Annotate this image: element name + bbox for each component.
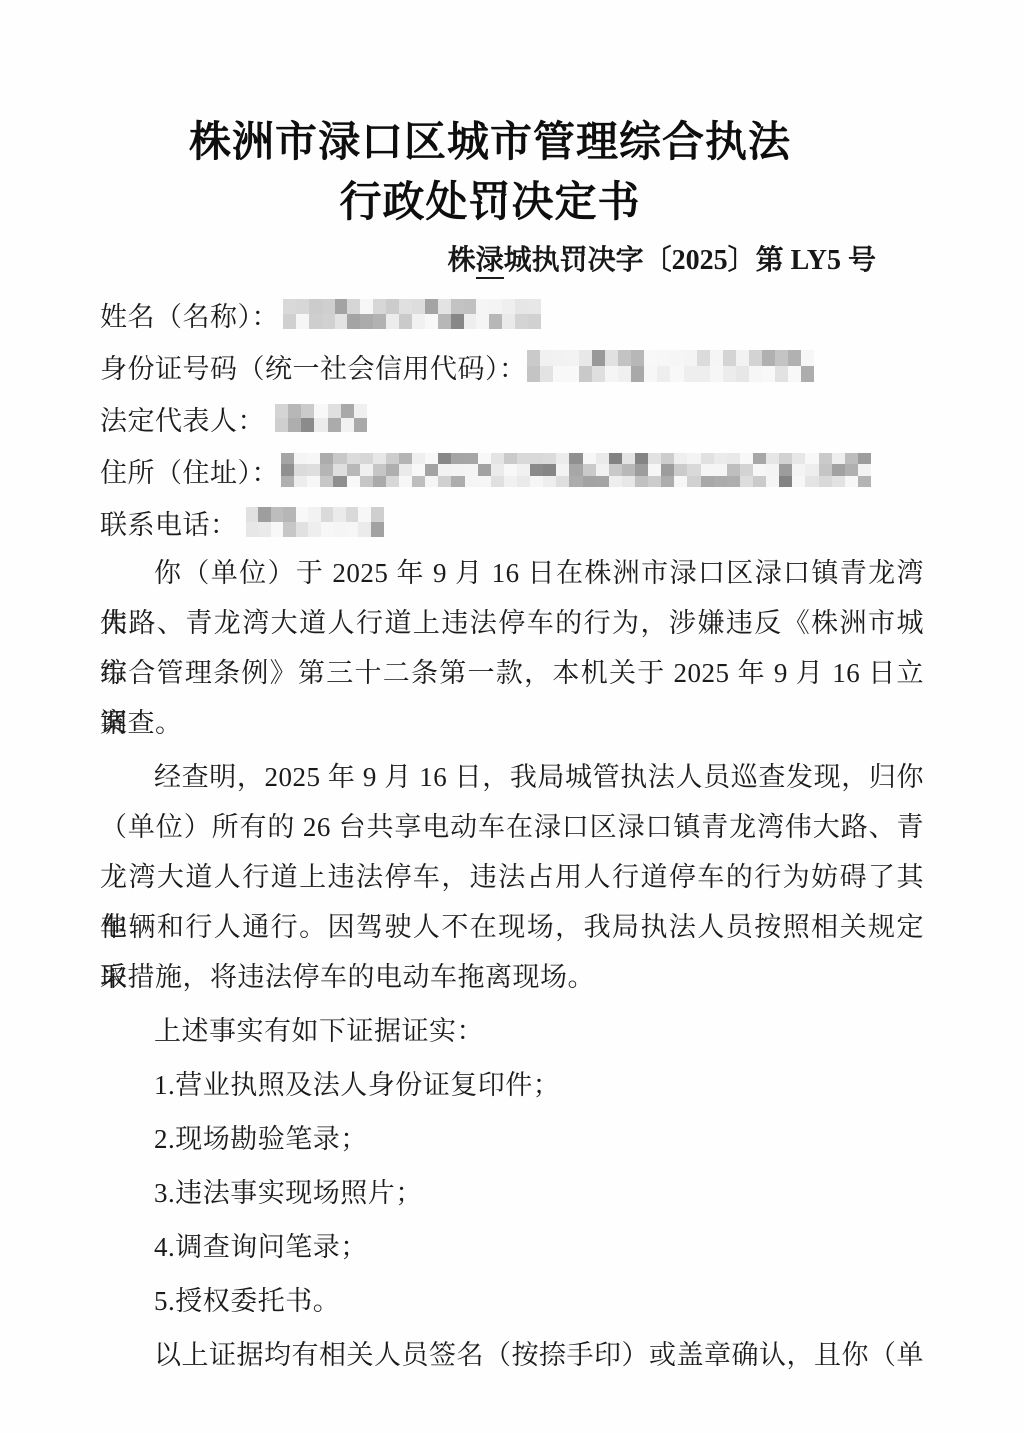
redaction-cell: [373, 464, 386, 475]
redaction-cell: [296, 299, 309, 314]
redaction-cell: [618, 350, 631, 366]
redaction-cell: [687, 476, 700, 487]
redaction-cell: [622, 476, 635, 487]
body-line: 综合管理条例》第三十二条第一款，本机关于 2025 年 9 月 16 日立案: [100, 648, 924, 698]
redaction-cell: [556, 464, 569, 475]
redaction-cell: [478, 476, 491, 487]
redaction-cell: [465, 464, 478, 475]
redaction-cell: [556, 476, 569, 487]
redaction-cell: [451, 476, 464, 487]
redaction-cell: [674, 464, 687, 475]
redaction-cell: [609, 476, 622, 487]
paragraph: 3.违法事实现场照片；: [100, 1168, 924, 1218]
body-line: 龙湾大道人行道上违法停车，违法占用人行道停车的行为妨碍了其他: [100, 852, 924, 902]
redaction-cell: [701, 453, 714, 464]
doc-number-prefix: 株: [448, 245, 476, 276]
redaction-cell: [805, 453, 818, 464]
redaction-cell: [766, 476, 779, 487]
body-line: 2.现场勘验笔录；: [100, 1114, 924, 1164]
body-line: 大路、青龙湾大道人行道上违法停车的行为，涉嫌违反《株洲市城市: [100, 598, 924, 648]
redaction-cell: [271, 522, 284, 537]
redaction-cell: [308, 522, 321, 537]
redaction-cell: [648, 464, 661, 475]
redaction-cell: [309, 314, 322, 329]
redaction-cell: [566, 350, 579, 366]
redaction-cell: [360, 453, 373, 464]
redaction-cell: [320, 464, 333, 475]
redacted-value-mosaic: [281, 453, 871, 487]
redaction-cell: [425, 464, 438, 475]
redaction-cell: [540, 350, 553, 366]
redaction-cell: [766, 453, 779, 464]
redaction-cell: [832, 476, 845, 487]
redaction-cell: [373, 476, 386, 487]
redaction-cell: [476, 299, 489, 314]
body-line: 取措施，将违法停车的电动车拖离现场。: [100, 952, 924, 1002]
redaction-cell: [687, 464, 700, 475]
redaction-cell: [740, 464, 753, 475]
redaction-cell: [281, 453, 294, 464]
redaction-cell: [333, 476, 346, 487]
redaction-cell: [596, 476, 609, 487]
redaction-cell: [592, 350, 605, 366]
redaction-cell: [283, 507, 296, 522]
redaction-cell: [438, 464, 451, 475]
redaction-cell: [283, 522, 296, 537]
redaction-cell: [736, 366, 749, 382]
redaction-cell: [583, 453, 596, 464]
redaction-cell: [569, 476, 582, 487]
doc-number-underlined-char: 渌: [476, 245, 504, 279]
field-label: 身份证号码（统一社会信用代码）：: [100, 347, 527, 386]
redacted-value-mosaic: [527, 350, 815, 382]
redaction-cell: [360, 314, 373, 329]
document-title: 株洲市渌口区城市管理综合执法 行政处罚决定书: [0, 112, 1002, 232]
redaction-cell: [697, 366, 710, 382]
redaction-cell: [491, 464, 504, 475]
redaction-cell: [294, 464, 307, 475]
redaction-cell: [296, 522, 309, 537]
redaction-cell: [425, 314, 438, 329]
redaction-cell: [425, 299, 438, 314]
redaction-cell: [502, 314, 515, 329]
redaction-cell: [684, 350, 697, 366]
redaction-cell: [515, 299, 528, 314]
redaction-cell: [307, 464, 320, 475]
redaction-cell: [553, 366, 566, 382]
redaction-cell: [749, 350, 762, 366]
redaction-cell: [605, 366, 618, 382]
paragraph: 4.调查询问笔录；: [100, 1222, 924, 1272]
redaction-cell: [553, 350, 566, 366]
redaction-cell: [333, 507, 346, 522]
redaction-cell: [335, 299, 348, 314]
redaction-cell: [674, 476, 687, 487]
redaction-cell: [805, 476, 818, 487]
redaction-cell: [579, 366, 592, 382]
redaction-cell: [321, 507, 334, 522]
field-row: 联系电话：: [100, 496, 1024, 548]
redaction-cell: [320, 476, 333, 487]
redaction-cell: [399, 299, 412, 314]
redacted-value-mosaic: [283, 299, 541, 329]
paragraph: 2.现场勘验笔录；: [100, 1114, 924, 1164]
redaction-cell: [451, 453, 464, 464]
field-row: 身份证号码（统一社会信用代码）：: [100, 340, 1024, 392]
redaction-cell: [288, 404, 301, 418]
redaction-cell: [762, 350, 775, 366]
redaction-cell: [819, 476, 832, 487]
redaction-cell: [373, 453, 386, 464]
redaction-cell: [438, 314, 451, 329]
redaction-cell: [727, 453, 740, 464]
redaction-cell: [412, 453, 425, 464]
redaction-cell: [556, 453, 569, 464]
doc-number: 株渌城执罚决字〔2025〕第 LY5 号: [0, 244, 1024, 278]
redaction-cell: [517, 464, 530, 475]
body-line: 1.营业执照及法人身份证复印件；: [100, 1060, 924, 1110]
redaction-cell: [451, 299, 464, 314]
field-row: 法定代表人：: [100, 392, 1024, 444]
redaction-cell: [530, 453, 543, 464]
redaction-cell: [451, 314, 464, 329]
redaction-cell: [371, 507, 384, 522]
redaction-cell: [328, 404, 341, 418]
redaction-cell: [569, 464, 582, 475]
redaction-cell: [294, 453, 307, 464]
redaction-cell: [631, 366, 644, 382]
body-line: 你（单位）于 2025 年 9 月 16 日在株洲市渌口区渌口镇青龙湾伟: [100, 548, 924, 598]
redaction-cell: [832, 464, 845, 475]
redaction-cell: [341, 418, 354, 432]
body-line: 5.授权委托书。: [100, 1276, 924, 1326]
redaction-cell: [309, 299, 322, 314]
field-label: 法定代表人：: [100, 399, 265, 438]
redaction-cell: [792, 453, 805, 464]
redaction-cell: [489, 299, 502, 314]
redaction-cell: [697, 350, 710, 366]
redaction-cell: [476, 314, 489, 329]
redaction-cell: [596, 453, 609, 464]
redaction-cell: [258, 507, 271, 522]
party-info-fields: 姓名（名称）：身份证号码（统一社会信用代码）：法定代表人：住所（住址）：联系电话…: [100, 288, 1024, 548]
redaction-cell: [307, 453, 320, 464]
redaction-cell: [347, 464, 360, 475]
paragraph: 经查明，2025 年 9 月 16 日，我局城管执法人员巡查发现，归你（单位）所…: [100, 752, 924, 1002]
redaction-cell: [333, 453, 346, 464]
redaction-cell: [657, 350, 670, 366]
title-line-2: 行政处罚决定书: [0, 172, 1002, 232]
field-row: 住所（住址）：: [100, 444, 1024, 496]
redaction-cell: [670, 366, 683, 382]
redaction-cell: [438, 453, 451, 464]
redaction-cell: [805, 464, 818, 475]
paragraph: 你（单位）于 2025 年 9 月 16 日在株洲市渌口区渌口镇青龙湾伟大路、青…: [100, 548, 924, 748]
redaction-cell: [502, 299, 515, 314]
redaction-cell: [543, 453, 556, 464]
redaction-cell: [609, 453, 622, 464]
redaction-cell: [360, 299, 373, 314]
paragraph: 1.营业执照及法人身份证复印件；: [100, 1060, 924, 1110]
redaction-cell: [412, 299, 425, 314]
redaction-cell: [723, 366, 736, 382]
redaction-cell: [320, 453, 333, 464]
redaction-cell: [753, 476, 766, 487]
redaction-cell: [412, 314, 425, 329]
field-label: 联系电话：: [100, 503, 238, 542]
redaction-cell: [347, 453, 360, 464]
redaction-cell: [779, 464, 792, 475]
redaction-cell: [622, 453, 635, 464]
redaction-cell: [246, 522, 259, 537]
redaction-cell: [271, 507, 284, 522]
redaction-cell: [386, 476, 399, 487]
redaction-cell: [543, 464, 556, 475]
paragraph: 上述事实有如下证据证实：: [100, 1006, 924, 1056]
redaction-cell: [801, 350, 814, 366]
body-line: 车辆和行人通行。因驾驶人不在现场，我局执法人员按照相关规定采: [100, 902, 924, 952]
redaction-cell: [358, 522, 371, 537]
doc-number-suffix: 城执罚决字〔2025〕第 LY5 号: [504, 245, 876, 276]
redaction-cell: [373, 314, 386, 329]
redaction-cell: [592, 366, 605, 382]
redaction-cell: [281, 464, 294, 475]
redaction-cell: [386, 453, 399, 464]
redaction-cell: [246, 507, 259, 522]
redaction-cell: [358, 507, 371, 522]
redaction-cell: [648, 476, 661, 487]
redaction-cell: [515, 314, 528, 329]
redaction-cell: [714, 464, 727, 475]
redaction-cell: [543, 476, 556, 487]
body-line: 以上证据均有相关人员签名（按捺手印）或盖章确认，且你（单: [100, 1330, 924, 1380]
redaction-cell: [569, 453, 582, 464]
redaction-cell: [644, 366, 657, 382]
redaction-cell: [635, 453, 648, 464]
redaction-cell: [674, 453, 687, 464]
redaction-cell: [740, 476, 753, 487]
redaction-cell: [517, 453, 530, 464]
redaction-cell: [346, 507, 359, 522]
redaction-cell: [491, 453, 504, 464]
redaction-cell: [635, 464, 648, 475]
redaction-cell: [766, 464, 779, 475]
redaction-cell: [579, 350, 592, 366]
redaction-cell: [779, 476, 792, 487]
redaction-cell: [322, 299, 335, 314]
field-label: 住所（住址）：: [100, 451, 279, 490]
redaction-cell: [354, 404, 367, 418]
paragraph: 5.授权委托书。: [100, 1276, 924, 1326]
redaction-cell: [296, 314, 309, 329]
redaction-cell: [540, 366, 553, 382]
redaction-cell: [701, 464, 714, 475]
redaction-cell: [341, 404, 354, 418]
redaction-cell: [371, 522, 384, 537]
redaction-cell: [775, 350, 788, 366]
redaction-cell: [328, 418, 341, 432]
redaction-cell: [845, 476, 858, 487]
redaction-cell: [373, 299, 386, 314]
redaction-cell: [308, 507, 321, 522]
redaction-cell: [354, 418, 367, 432]
redaction-cell: [661, 453, 674, 464]
field-row: 姓名（名称）：: [100, 288, 1024, 340]
redaction-cell: [399, 314, 412, 329]
redaction-cell: [504, 453, 517, 464]
redaction-cell: [347, 299, 360, 314]
redaction-cell: [347, 314, 360, 329]
document-body: 你（单位）于 2025 年 9 月 16 日在株洲市渌口区渌口镇青龙湾伟大路、青…: [100, 548, 924, 1380]
body-line: 4.调查询问笔录；: [100, 1222, 924, 1272]
redaction-cell: [775, 366, 788, 382]
redaction-cell: [753, 464, 766, 475]
redaction-cell: [832, 453, 845, 464]
redaction-cell: [583, 464, 596, 475]
redaction-cell: [845, 453, 858, 464]
redaction-cell: [727, 464, 740, 475]
redaction-cell: [528, 299, 541, 314]
redaction-cell: [258, 522, 271, 537]
redaction-cell: [386, 314, 399, 329]
redaction-cell: [275, 404, 288, 418]
redaction-cell: [792, 476, 805, 487]
redaction-cell: [360, 464, 373, 475]
redaction-cell: [301, 404, 314, 418]
redaction-cell: [464, 314, 477, 329]
redaction-cell: [464, 299, 477, 314]
redaction-cell: [360, 476, 373, 487]
redaction-cell: [438, 476, 451, 487]
redaction-cell: [314, 404, 327, 418]
redaction-cell: [412, 476, 425, 487]
body-line: 调查。: [100, 698, 924, 748]
redaction-cell: [858, 464, 871, 475]
redaction-cell: [296, 507, 309, 522]
redaction-cell: [489, 314, 502, 329]
redacted-value-mosaic: [275, 404, 367, 432]
redaction-cell: [740, 453, 753, 464]
redaction-cell: [661, 464, 674, 475]
redaction-cell: [528, 314, 541, 329]
redaction-cell: [399, 464, 412, 475]
redaction-cell: [618, 366, 631, 382]
redaction-cell: [530, 476, 543, 487]
redaction-cell: [710, 350, 723, 366]
redaction-cell: [684, 366, 697, 382]
redaction-cell: [762, 366, 775, 382]
redaction-cell: [283, 314, 296, 329]
redaction-cell: [399, 476, 412, 487]
redaction-cell: [288, 418, 301, 432]
redaction-cell: [819, 464, 832, 475]
redaction-cell: [631, 350, 644, 366]
redaction-cell: [714, 453, 727, 464]
redaction-cell: [465, 476, 478, 487]
redaction-cell: [321, 522, 334, 537]
redaction-cell: [425, 476, 438, 487]
redaction-cell: [517, 476, 530, 487]
redaction-cell: [386, 464, 399, 475]
redaction-cell: [845, 464, 858, 475]
redaction-cell: [294, 476, 307, 487]
redaction-cell: [596, 464, 609, 475]
redaction-cell: [333, 464, 346, 475]
redaction-cell: [753, 453, 766, 464]
redaction-cell: [566, 366, 579, 382]
redaction-cell: [504, 464, 517, 475]
redaction-cell: [346, 522, 359, 537]
penalty-decision-document-page: 株洲市渌口区城市管理综合执法 行政处罚决定书 株渌城执罚决字〔2025〕第 LY…: [0, 0, 1024, 1433]
redaction-cell: [438, 299, 451, 314]
redaction-cell: [478, 453, 491, 464]
redaction-cell: [661, 476, 674, 487]
redaction-cell: [530, 464, 543, 475]
redaction-cell: [723, 350, 736, 366]
redaction-cell: [727, 476, 740, 487]
redaction-cell: [399, 453, 412, 464]
body-line: 经查明，2025 年 9 月 16 日，我局城管执法人员巡查发现，归你: [100, 752, 924, 802]
redaction-cell: [788, 366, 801, 382]
redaction-cell: [714, 476, 727, 487]
redaction-cell: [609, 464, 622, 475]
redaction-cell: [648, 453, 661, 464]
redaction-cell: [635, 476, 648, 487]
redaction-cell: [465, 453, 478, 464]
paragraph: 以上证据均有相关人员签名（按捺手印）或盖章确认，且你（单: [100, 1330, 924, 1380]
redaction-cell: [788, 350, 801, 366]
redaction-cell: [527, 350, 540, 366]
redaction-cell: [281, 476, 294, 487]
redaction-cell: [710, 366, 723, 382]
redaction-cell: [335, 314, 348, 329]
redaction-cell: [527, 366, 540, 382]
redaction-cell: [322, 314, 335, 329]
redaction-cell: [736, 350, 749, 366]
body-line: 3.违法事实现场照片；: [100, 1168, 924, 1218]
redaction-cell: [749, 366, 762, 382]
redaction-cell: [491, 476, 504, 487]
redaction-cell: [605, 350, 618, 366]
redacted-value-mosaic: [246, 507, 384, 537]
redaction-cell: [504, 476, 517, 487]
redaction-cell: [801, 366, 814, 382]
redaction-cell: [819, 453, 832, 464]
redaction-cell: [792, 464, 805, 475]
redaction-cell: [858, 476, 871, 487]
field-label: 姓名（名称）：: [100, 295, 279, 334]
redaction-cell: [275, 418, 288, 432]
redaction-cell: [333, 522, 346, 537]
redaction-cell: [779, 453, 792, 464]
redaction-cell: [307, 476, 320, 487]
redaction-cell: [425, 453, 438, 464]
redaction-cell: [701, 476, 714, 487]
redaction-cell: [451, 464, 464, 475]
redaction-cell: [412, 464, 425, 475]
title-line-1: 株洲市渌口区城市管理综合执法: [0, 112, 1002, 172]
redaction-cell: [657, 366, 670, 382]
redaction-cell: [386, 299, 399, 314]
body-line: （单位）所有的 26 台共享电动车在渌口区渌口镇青龙湾伟大路、青: [100, 802, 924, 852]
redaction-cell: [644, 350, 657, 366]
redaction-cell: [622, 464, 635, 475]
redaction-cell: [670, 350, 683, 366]
redaction-cell: [301, 418, 314, 432]
redaction-cell: [347, 476, 360, 487]
redaction-cell: [583, 476, 596, 487]
redaction-cell: [687, 453, 700, 464]
